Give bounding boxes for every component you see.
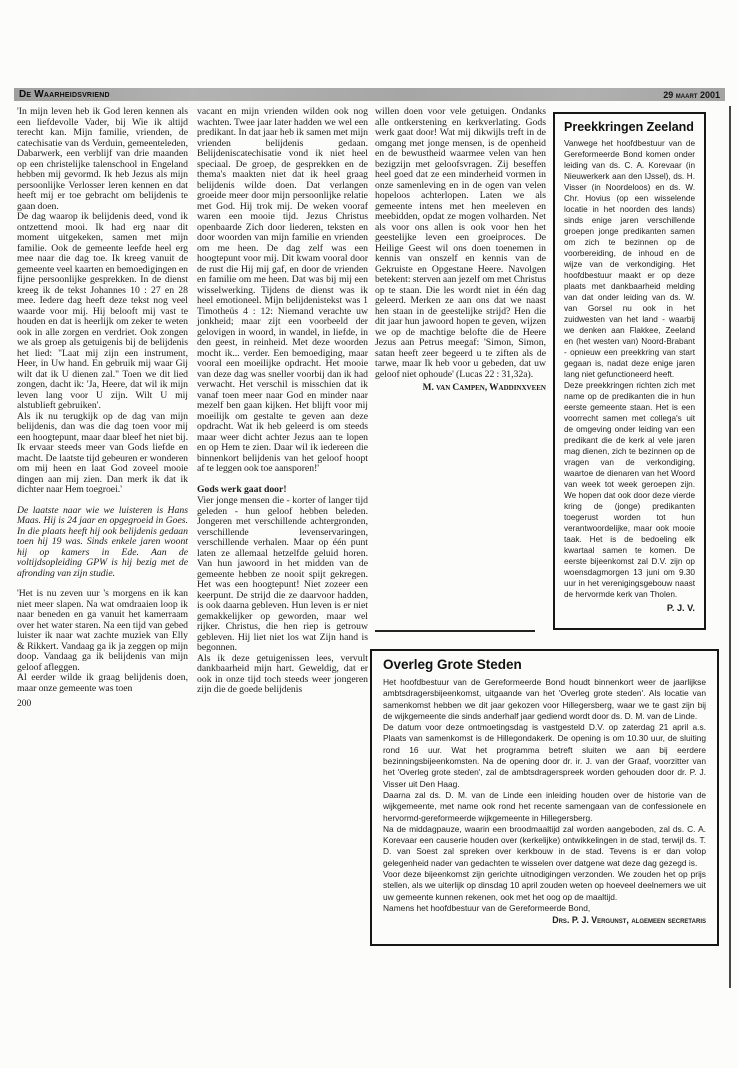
box-paragraph: Het hoofdbestuur van de Gereformeerde Bo…	[383, 677, 706, 722]
box-closing: Namens het hoofdbestuur van de Gereforme…	[383, 903, 706, 914]
masthead-bar: De Waarheidsvriend 29 maart 2001	[14, 88, 725, 101]
author-signature: M. van Campen, Waddinxveen	[375, 383, 546, 394]
paragraph: Als ik nu terugkijk op de dag van mijn b…	[17, 412, 188, 496]
page-edge-line	[729, 106, 731, 988]
masthead-title: De Waarheidsvriend	[19, 89, 110, 100]
issue-date: 29 maart 2001	[663, 90, 720, 100]
box-signature: Drs. P. J. Vergunst, algemeen secretaris	[383, 915, 706, 926]
paragraph: Als ik deze getuigenissen lees, vervult …	[197, 654, 368, 696]
paragraph: De dag waarop ik belijdenis deed, vond i…	[17, 212, 188, 412]
box-paragraph: Daarna zal ds. D. M. van de Linde een in…	[383, 790, 706, 824]
announcement-box-overleg: Overleg Grote Steden Het hoofdbestuur va…	[370, 649, 719, 946]
magazine-page: { "header": { "masthead": "De Waarheidsv…	[0, 0, 738, 1068]
author-bio: De laatste naar wie we luisteren is Hans…	[17, 506, 188, 580]
article-column-2: vacant en mijn vrienden wilden ook nog w…	[197, 107, 368, 696]
box-signature: P. J. V.	[564, 603, 695, 614]
paragraph: 'Het is nu zeven uur 's morgens en ik ka…	[17, 589, 188, 673]
article-column-1: 'In mijn leven heb ik God leren kennen a…	[17, 107, 188, 710]
box-title: Preekkringen Zeeland	[564, 120, 695, 134]
paragraph: 'In mijn leven heb ik God leren kennen a…	[17, 107, 188, 212]
article-column-3: willen doen voor vele getuigen. Ondanks …	[375, 107, 546, 394]
announcement-box-preekkringen: Preekkringen Zeeland Vanwege het hoofdbe…	[553, 112, 706, 630]
paragraph: Vier jonge mensen die - korter of langer…	[197, 496, 368, 654]
box-paragraph: Na de middagpauze, waarin een broodmaalt…	[383, 824, 706, 869]
paragraph: vacant en mijn vrienden wilden ook nog w…	[197, 107, 368, 475]
box-paragraph: Vanwege het hoofdbestuur van de Gereform…	[564, 138, 695, 380]
box-paragraph: Deze preekkringen richten zich met name …	[564, 380, 695, 600]
paragraph: Al eerder wilde ik graag belijdenis doen…	[17, 673, 188, 694]
column-divider-rule	[375, 630, 535, 632]
box-title: Overleg Grote Steden	[383, 657, 706, 672]
box-paragraph: Voor deze bijeenkomst zijn gerichte uitn…	[383, 869, 706, 903]
page-number: 200	[17, 699, 188, 710]
section-heading: Gods werk gaat door!	[197, 485, 368, 496]
box-paragraph: De datum voor deze ontmoetingsdag is vas…	[383, 722, 706, 790]
paragraph: willen doen voor vele getuigen. Ondanks …	[375, 107, 546, 380]
